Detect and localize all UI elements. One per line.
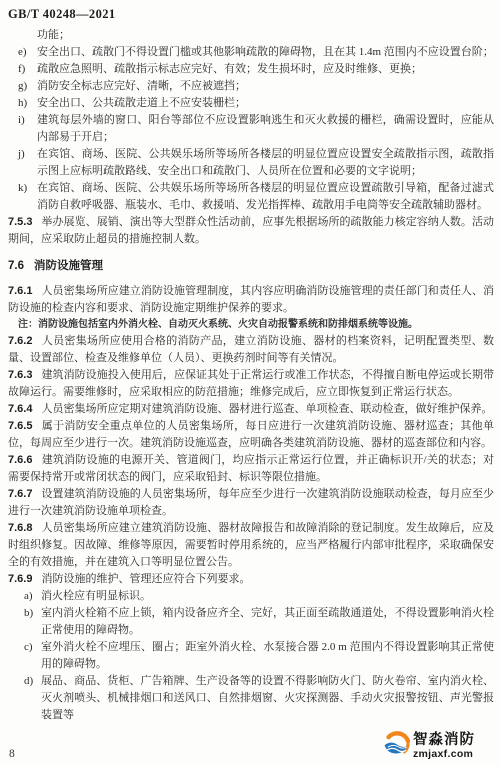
clause-7-6-6: 7.6.6建筑消防设施的电源开关、管道阀门，均应指示正常运行位置，并正确标识开/…: [8, 452, 494, 486]
sub-item-b: b) 室内消火栓箱不应上锁，箱内设备应齐全、完好，其正面至疏散通道处，不得设置影…: [8, 605, 494, 639]
clause-text: 举办展览、展销、演出等大型群众性活动前，应事先根据场所的疏散能力核定容纳人数。活…: [8, 216, 494, 245]
list-label: d): [24, 673, 33, 690]
clause-number: 7.6.3: [8, 369, 32, 381]
list-label: e): [18, 44, 27, 61]
list-text: 消防安全标志应完好、清晰，不应被遮挡；: [37, 80, 246, 92]
clause-7-6-3: 7.6.3建筑消防设施投入使用后，应保证其处于正常运行或准工作状态，不得擅自断电…: [8, 367, 494, 401]
list-item-h: h) 安全出口、公共疏散走道上不应安装栅栏；: [8, 95, 494, 112]
document-body: 功能； e) 安全出口、疏散门不得设置门槛或其他影响疏散的障碍物，且在其 1.4…: [8, 27, 494, 724]
list-text: 安全出口、疏散门不得设置门槛或其他影响疏散的障碍物，且在其 1.4m 范围内不应…: [37, 46, 494, 58]
list-text: 室内消火栓箱不应上锁，箱内设备应齐全、完好，其正面至疏散通道处，不得设置影响消火…: [41, 607, 494, 636]
clause-text: 设置建筑消防设施的人员密集场所，每年应至少进行一次建筑消防设施联动检查，每月应至…: [8, 488, 494, 517]
clause-text: 建筑消防设施的电源开关、管道阀门，均应指示正常运行位置，并正确标识开/关的状态；…: [8, 454, 494, 483]
page-number: 8: [9, 748, 15, 760]
list-label: f): [18, 61, 25, 78]
list-text: 消火栓应有明显标识。: [41, 590, 151, 602]
list-label: i): [18, 112, 25, 129]
list-text: 在宾馆、商场、医院、公共娱乐场所等场所各楼层的明显位置应设置安全疏散指示图，疏散…: [37, 148, 494, 177]
clause-number: 7.6.2: [8, 335, 32, 347]
sub-item-c: c) 室外消火栓不应埋压、圈占；距室外消火栓、水泵接合器 2.0 m 范围内不得…: [8, 639, 494, 673]
watermark: 智淼消防 zmjaxf.com: [381, 729, 477, 763]
list-item-e: e) 安全出口、疏散门不得设置门槛或其他影响疏散的障碍物，且在其 1.4m 范围…: [8, 44, 494, 61]
clause-text: 建筑消防设施投入使用后，应保证其处于正常运行或准工作状态，不得擅自断电停运或长期…: [8, 369, 494, 398]
clause-number: 7.6.5: [8, 420, 32, 432]
watermark-texts: 智淼消防 zmjaxf.com: [413, 733, 475, 759]
clause-text: 人员密集场所应建立建筑消防设施、器材故障报告和故障消除的登记制度。发生故障后，应…: [8, 522, 494, 568]
clause-text: 人员密集场所应定期对建筑消防设施、器材进行巡查、单项检查、联动检查，做好维护保养…: [41, 403, 492, 415]
clause-text: 人员密集场所应建立消防设施管理制度，其内容应明确消防设施管理的责任部门和责任人、…: [8, 285, 494, 314]
clause-number: 7.6.8: [8, 522, 32, 534]
list-label: j): [18, 146, 25, 163]
note-text: 消防设施包括室内外消火栓、自动灭火系统、火灾自动报警系统和防排烟系统等设施。: [38, 319, 418, 330]
clause-7-6-7: 7.6.7设置建筑消防设施的人员密集场所，每年应至少进行一次建筑消防设施联动检查…: [8, 486, 494, 520]
watermark-domain: zmjaxf.com: [413, 749, 475, 760]
continuation-line: 功能；: [8, 27, 494, 44]
list-text: 展品、商品、货柜、广告箱牌、生产设备等的设置不得影响防火门、防火卷帘、室内消火栓…: [41, 675, 494, 721]
list-text: 建筑每层外墙的窗口、阳台等部位不应设置影响逃生和灭火救援的栅栏，确需设置时，应能…: [37, 114, 494, 143]
list-label: g): [18, 78, 27, 95]
clause-text: 人员密集场所应使用合格的消防产品，建立消防设施、器材的档案资料，记明配置类型、数…: [8, 335, 494, 364]
clause-number: 7.6.7: [8, 488, 32, 500]
section-number: 7.6: [8, 260, 24, 272]
clause-number: 7.5.3: [8, 216, 32, 228]
note-label: 注：: [18, 319, 38, 330]
clause-number: 7.6.9: [8, 573, 32, 585]
clause-7-5-3: 7.5.3举办展览、展销、演出等大型群众性活动前，应事先根据场所的疏散能力核定容…: [8, 214, 494, 248]
section-title: 消防设施管理: [34, 260, 103, 272]
list-label: h): [18, 95, 27, 112]
sub-item-a: a) 消火栓应有明显标识。: [8, 588, 494, 605]
section-heading-7-6: 7.6消防设施管理: [8, 258, 494, 275]
list-text: 室外消火栓不应埋压、圈占；距室外消火栓、水泵接合器 2.0 m 范围内不得设置影…: [41, 641, 494, 670]
clause-7-6-2: 7.6.2人员密集场所应使用合格的消防产品，建立消防设施、器材的档案资料，记明配…: [8, 333, 494, 367]
note-line: 注：消防设施包括室内外消火栓、自动灭火系统、火灾自动报警系统和防排烟系统等设施。: [8, 317, 494, 333]
clause-7-6-9: 7.6.9消防设施的维护、管理还应符合下列要求。: [8, 571, 494, 588]
flame-wave-logo-icon: [383, 730, 410, 762]
list-item-k: k) 在宾馆、商场、医院、公共娱乐场所等场所各楼层的明显位置应设置疏散引导箱，配…: [8, 180, 494, 214]
watermark-brand: 智淼消防: [413, 733, 475, 748]
clause-text: 消防设施的维护、管理还应符合下列要求。: [41, 573, 250, 585]
clause-7-6-1: 7.6.1人员密集场所应建立消防设施管理制度，其内容应明确消防设施管理的责任部门…: [8, 283, 494, 317]
clause-7-6-5: 7.6.5属于消防安全重点单位的人员密集场所，每日应进行一次建筑消防设施、器材巡…: [8, 418, 494, 452]
list-text: 在宾馆、商场、医院、公共娱乐场所等场所各楼层的明显位置应设置疏散引导箱，配备过滤…: [37, 182, 494, 211]
list-text: 疏散应急照明、疏散指示标志应完好、有效；发生损坏时，应及时维修、更换；: [37, 63, 422, 75]
list-item-g: g) 消防安全标志应完好、清晰，不应被遮挡；: [8, 78, 494, 95]
clause-number: 7.6.6: [8, 454, 32, 466]
list-label: c): [24, 639, 33, 656]
clause-number: 7.6.4: [8, 403, 32, 415]
list-label: k): [18, 180, 27, 197]
list-label: a): [24, 588, 33, 605]
standard-number-header: GB/T 40248—2021: [8, 7, 116, 22]
clause-number: 7.6.1: [8, 285, 32, 297]
list-item-i: i) 建筑每层外墙的窗口、阳台等部位不应设置影响逃生和灭火救援的栅栏，确需设置时…: [8, 112, 494, 146]
list-item-j: j) 在宾馆、商场、医院、公共娱乐场所等场所各楼层的明显位置应设置安全疏散指示图…: [8, 146, 494, 180]
list-text: 安全出口、公共疏散走道上不应安装栅栏；: [37, 97, 246, 109]
document-page: GB/T 40248—2021 功能； e) 安全出口、疏散门不得设置门槛或其他…: [0, 0, 500, 766]
clause-text: 属于消防安全重点单位的人员密集场所，每日应进行一次建筑消防设施、器材巡查；其他单…: [8, 420, 494, 449]
list-item-f: f) 疏散应急照明、疏散指示标志应完好、有效；发生损坏时，应及时维修、更换；: [8, 61, 494, 78]
list-label: b): [24, 605, 33, 622]
sub-item-d: d) 展品、商品、货柜、广告箱牌、生产设备等的设置不得影响防火门、防火卷帘、室内…: [8, 673, 494, 724]
clause-7-6-8: 7.6.8人员密集场所应建立建筑消防设施、器材故障报告和故障消除的登记制度。发生…: [8, 520, 494, 571]
clause-7-6-4: 7.6.4人员密集场所应定期对建筑消防设施、器材进行巡查、单项检查、联动检查，做…: [8, 401, 494, 418]
